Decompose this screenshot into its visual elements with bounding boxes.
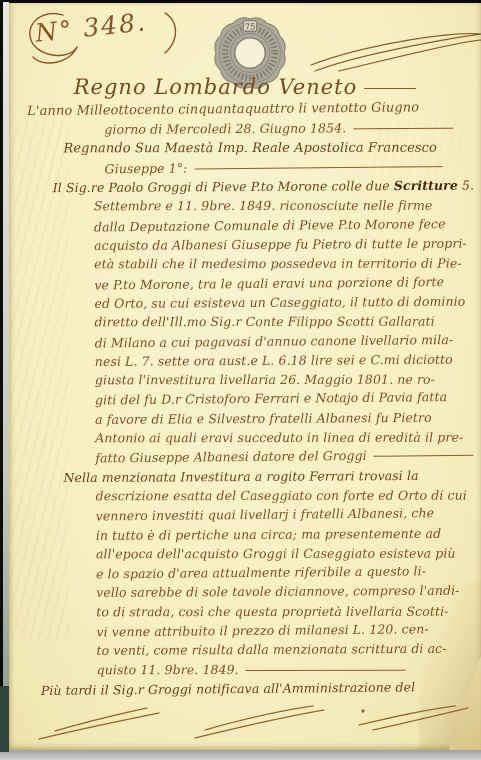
manuscript-line: Settembre e 11. 9bre. 1849. riconosciute… bbox=[8, 196, 480, 216]
manuscript-line: to venti, come risulta dalla menzionata … bbox=[10, 639, 481, 661]
manuscript-line: Più tardi il Sig.r Groggi notificava all… bbox=[11, 677, 481, 701]
ink-rule bbox=[194, 166, 442, 169]
ink-rule bbox=[353, 128, 453, 130]
pen-stroke-icon bbox=[305, 25, 481, 77]
pen-strokes-bottom-icon bbox=[27, 697, 477, 749]
manuscript-line: ve P.to Morone, tra le quali eravi una p… bbox=[8, 271, 480, 295]
manuscript-line: in tutto è di pertiche una circa; ma pre… bbox=[10, 523, 481, 545]
document-title: Regno Lombardo Veneto bbox=[9, 75, 481, 99]
scan-edge-bottom bbox=[0, 750, 481, 760]
scan-background-patch bbox=[0, 686, 9, 752]
manuscript-line: giorno di Mercoledì 28. Giugno 1854. bbox=[7, 118, 479, 140]
manuscript-line: età stabili che il medesimo possedeva in… bbox=[8, 254, 480, 274]
manuscript-line: diretto dell'Ill.mo Sig.r Conte Filippo … bbox=[9, 312, 481, 332]
manuscript-line: acquisto da Albanesi Giuseppe fu Pietro … bbox=[8, 234, 480, 256]
emphasized-word: Scritture bbox=[394, 178, 458, 193]
ink-rule bbox=[364, 88, 416, 89]
manuscript-line: to di strada, così che questa proprietà … bbox=[10, 601, 481, 621]
manuscript-line: vello sarebbe di sole tavole diciannove,… bbox=[10, 581, 481, 603]
stamp-value: 75 bbox=[245, 22, 256, 32]
manuscript-line: di Milano a cui pagavasi d'annuo canone … bbox=[9, 329, 481, 353]
manuscript-line: a favore di Elia e Silvestro fratelli Al… bbox=[9, 407, 481, 429]
ink-rule bbox=[374, 455, 474, 457]
manuscript-line: Il Sig.re Paolo Groggi di Pieve P.to Mor… bbox=[8, 176, 480, 198]
manuscript-body: L'anno Milleottocento cinquantaquattro l… bbox=[7, 99, 481, 700]
manuscript-line: Regnando Sua Maestà Imp. Reale Apostolic… bbox=[7, 138, 479, 158]
manuscript-line: quisto 11. 9bre. 1849. bbox=[11, 659, 481, 679]
manuscript-page: N° 348. 75 Regno Lombardo Veneto L'anno … bbox=[9, 3, 481, 750]
manuscript-line: Nella menzionata Investitura a rogito Fe… bbox=[9, 465, 481, 487]
ink-rule bbox=[246, 669, 406, 670]
